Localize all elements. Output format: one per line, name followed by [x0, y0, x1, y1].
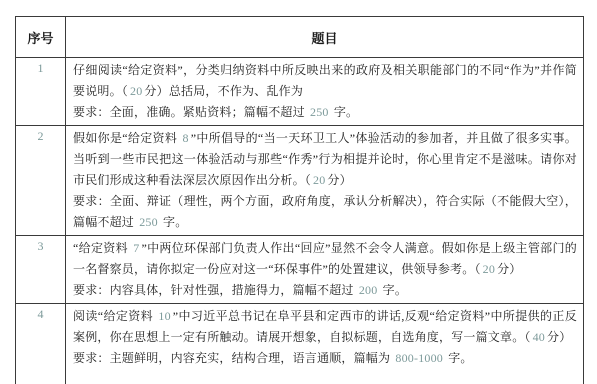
header-row: 序号 题目 — [16, 17, 584, 58]
table-row: 4 阅读“给定资料 10”中习近平总书记在阜平县和定西市的讲话,反观“给定资料”… — [16, 304, 584, 384]
header-serial-number: 序号 — [16, 17, 66, 58]
requirement-text: 要求：主题鲜明，内容充实，结构合理，语言通顺，篇幅为 800-1000 字。 — [73, 348, 577, 369]
question-cell: 仔细阅读“给定资料”，分类归纳资料中所反映出来的政府及相关职能部门的不同“作为”… — [66, 58, 584, 126]
question-text: “给定资料 7”中两位环保部门负责人作出“回应”显然不会令人满意。假如你是上级主… — [73, 238, 577, 280]
questions-table: 序号 题目 1 仔细阅读“给定资料”，分类归纳资料中所反映出来的政府及相关职能部… — [15, 16, 584, 384]
question-cell: 阅读“给定资料 10”中习近平总书记在阜平县和定西市的讲话,反观“给定资料”中所… — [66, 304, 584, 384]
requirement-text: 要求：全面、辩证（理性，两个方面，政府角度，承认分析解决），符合实际（不能假大空… — [73, 191, 577, 233]
question-cell: 假如你是“给定资料 8”中所倡导的“当一天环卫工人”体验活动的参加者，并且做了很… — [66, 126, 584, 236]
row-number-cell: 3 — [16, 236, 66, 304]
table-row: 3 “给定资料 7”中两位环保部门负责人作出“回应”显然不会令人满意。假如你是上… — [16, 236, 584, 304]
requirement-text: 要求：内容具体，针对性强，措施得力，篇幅不超过 200 字。 — [73, 280, 577, 301]
row-number-cell: 4 — [16, 304, 66, 384]
requirement-text: 要求：全面，准确。紧贴资料；篇幅不超过 250 字。 — [73, 102, 577, 123]
table-row: 1 仔细阅读“给定资料”，分类归纳资料中所反映出来的政府及相关职能部门的不同“作… — [16, 58, 584, 126]
header-question-title: 题目 — [66, 17, 584, 58]
question-cell: “给定资料 7”中两位环保部门负责人作出“回应”显然不会令人满意。假如你是上级主… — [66, 236, 584, 304]
row-number-cell: 2 — [16, 126, 66, 236]
question-text: 仔细阅读“给定资料”，分类归纳资料中所反映出来的政府及相关职能部门的不同“作为”… — [73, 60, 577, 102]
table-row: 2 假如你是“给定资料 8”中所倡导的“当一天环卫工人”体验活动的参加者，并且做… — [16, 126, 584, 236]
question-text: 阅读“给定资料 10”中习近平总书记在阜平县和定西市的讲话,反观“给定资料”中所… — [73, 306, 577, 348]
row-number-cell: 1 — [16, 58, 66, 126]
question-text: 假如你是“给定资料 8”中所倡导的“当一天环卫工人”体验活动的参加者，并且做了很… — [73, 128, 577, 191]
